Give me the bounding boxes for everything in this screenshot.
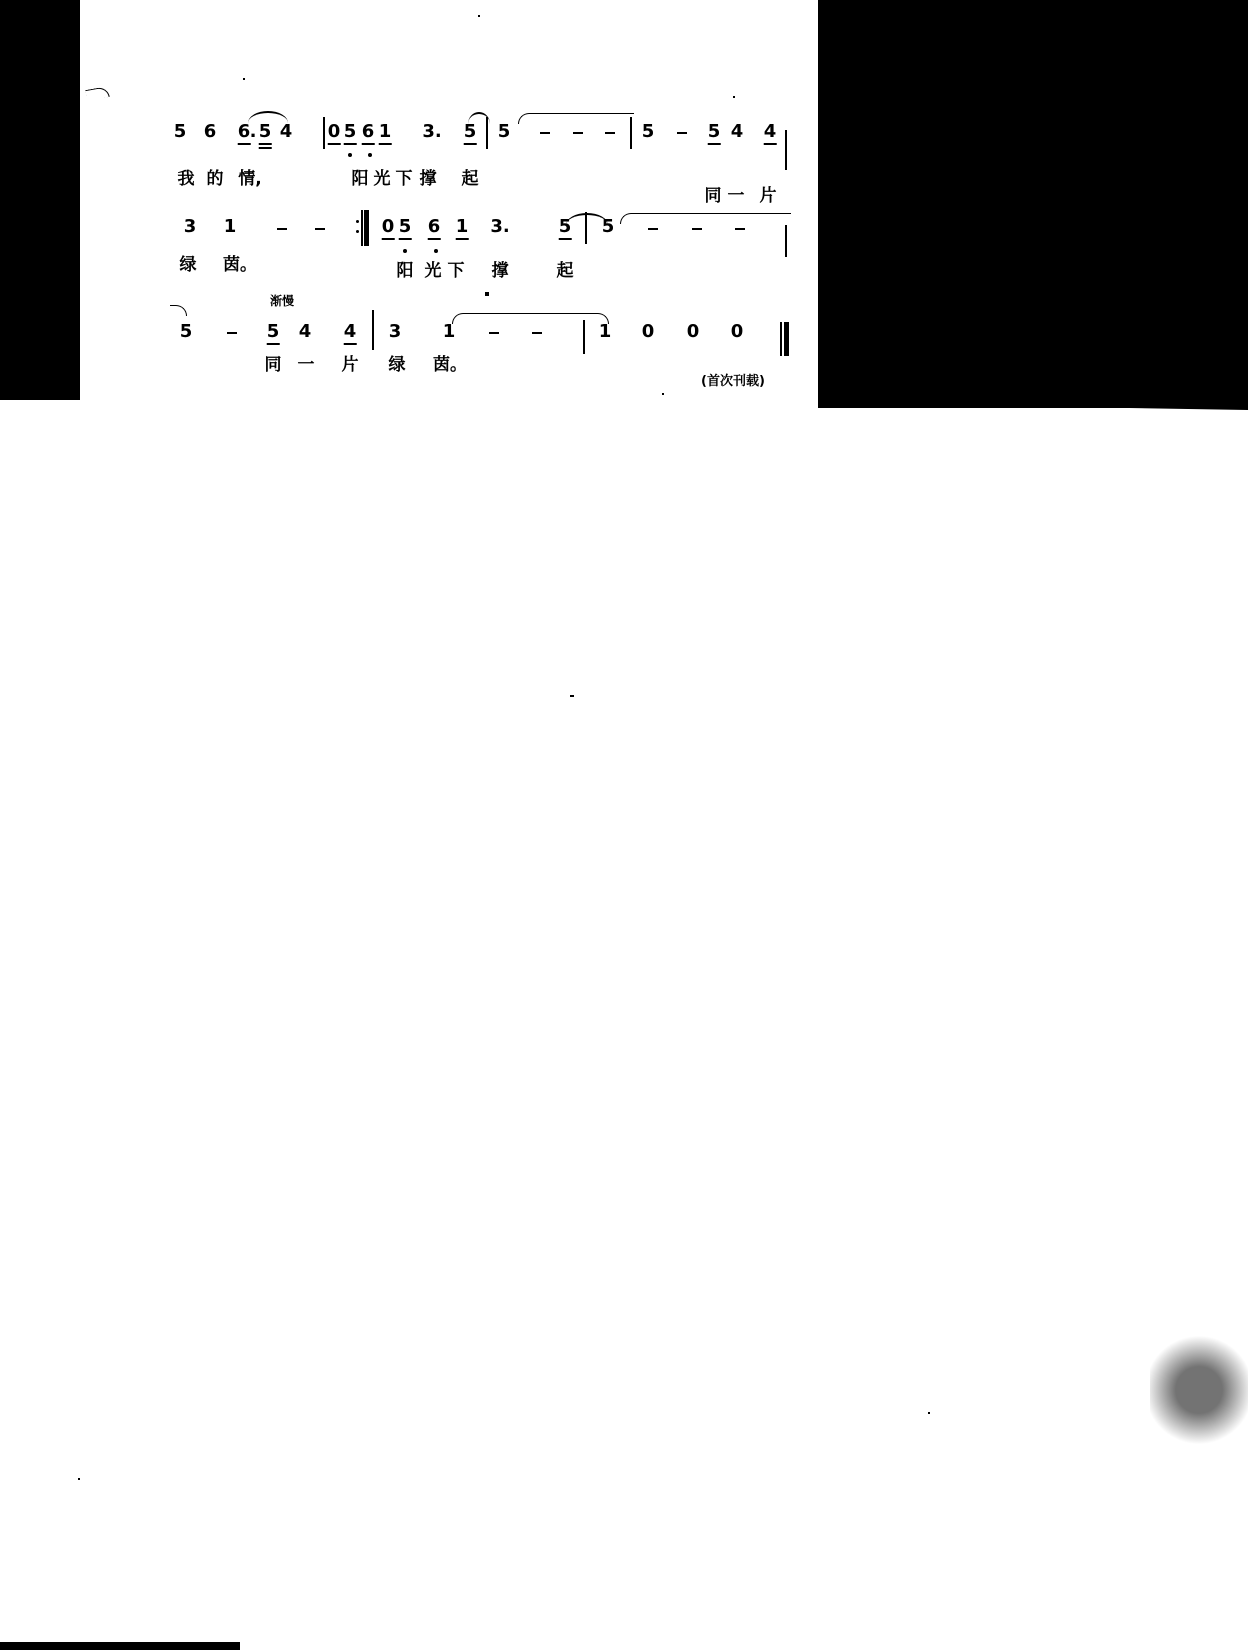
note: 0 [687, 323, 700, 341]
low-octave-dot [368, 153, 372, 157]
barline [785, 225, 787, 257]
lyric: 绿 [389, 357, 406, 374]
note: 6 [238, 123, 251, 141]
note: 0 [382, 218, 395, 236]
barline [361, 210, 363, 246]
music-score: 5 6 6 . 5 4 0 5 6 1 3. 5 5 5 5 4 4 我 的 情… [0, 0, 818, 410]
note: 5 [642, 123, 655, 141]
repeat-end-barline [364, 210, 369, 246]
lyric: 片 [760, 188, 777, 205]
note: 3. [490, 218, 509, 236]
final-barline-thin [780, 322, 782, 356]
note: 5 [180, 323, 193, 341]
extension-dash [692, 228, 702, 230]
note: 5 [344, 123, 357, 141]
tie [518, 113, 634, 124]
note: 4 [731, 123, 744, 141]
note: 0 [731, 323, 744, 341]
note: 5 [399, 218, 412, 236]
scan-speck [733, 96, 735, 98]
note: 5 [708, 123, 721, 141]
lyric: 撑 [420, 171, 437, 188]
lyric: 下 [448, 263, 465, 280]
note: 1 [599, 323, 612, 341]
extension-dash [605, 132, 615, 134]
lyric: 茵。 [433, 357, 467, 374]
scan-speck [485, 292, 489, 296]
extension-dash [532, 332, 542, 334]
lyric: 情, [238, 171, 261, 188]
lyric: 起 [557, 263, 574, 280]
extension-dash [489, 332, 499, 334]
lyric: 我 [178, 171, 195, 188]
lyric: 撑 [492, 263, 509, 280]
low-octave-dot [403, 249, 407, 253]
lyric: 光 [425, 263, 442, 280]
repeat-dots [356, 216, 359, 236]
extension-dash [573, 132, 583, 134]
tie [452, 313, 609, 324]
note: 5 [602, 218, 615, 236]
scan-border-bottom-2 [100, 1645, 240, 1650]
note: 6 [428, 218, 441, 236]
scan-artifact [85, 86, 110, 101]
lyric: 下 [396, 171, 413, 188]
lyric: 同 [265, 357, 282, 374]
scan-noise [1150, 1330, 1248, 1450]
lyric: 起 [462, 171, 479, 188]
low-octave-dot [434, 249, 438, 253]
note: 5 [267, 323, 280, 341]
note: 1 [379, 123, 392, 141]
extension-dash [227, 332, 237, 334]
barline [323, 117, 325, 149]
note: 1 [456, 218, 469, 236]
note: 5 [498, 123, 511, 141]
note: 4 [280, 123, 293, 141]
extension-dash [277, 228, 287, 230]
scan-speck [478, 15, 480, 17]
tempo-marking: 渐慢 [270, 292, 294, 309]
note: 4 [299, 323, 312, 341]
note: 3. [422, 123, 441, 141]
scan-speck [662, 393, 664, 395]
tie-continuation [170, 305, 187, 316]
lyric: 阳 [397, 263, 414, 280]
note: 0 [642, 323, 655, 341]
lyric: 同 [705, 188, 722, 205]
note-dot: . [250, 123, 257, 141]
scan-speck [570, 695, 574, 697]
tie [620, 213, 791, 224]
barline [486, 117, 488, 149]
note: 4 [764, 123, 777, 141]
note: 6 [362, 123, 375, 141]
lyric: 一 [298, 357, 315, 374]
lyric: 阳 [352, 171, 369, 188]
note: 3 [184, 218, 197, 236]
barline [785, 130, 787, 170]
lyric: 一 [728, 188, 745, 205]
lyric: 片 [342, 357, 359, 374]
slur [248, 111, 288, 123]
final-barline-thick [784, 322, 789, 356]
note: 5 [174, 123, 187, 141]
note: 3 [389, 323, 402, 341]
note: 6 [204, 123, 217, 141]
scan-border-right [818, 0, 1248, 408]
lyric: 茵。 [223, 257, 257, 274]
note: 4 [344, 323, 357, 341]
extension-dash [315, 228, 325, 230]
lyric: 光 [374, 171, 391, 188]
note: 5 [259, 123, 272, 141]
scan-speck [928, 1412, 930, 1414]
extension-dash [677, 132, 687, 134]
lyric: 的 [207, 171, 224, 188]
note: 0 [328, 123, 341, 141]
first-publication-note: (首次刊载) [701, 370, 765, 389]
scan-speck [78, 1478, 80, 1480]
extension-dash [735, 228, 745, 230]
scan-speck [243, 78, 245, 80]
barline [583, 320, 585, 354]
extension-dash [540, 132, 550, 134]
note: 1 [224, 218, 237, 236]
barline [585, 212, 587, 244]
note: 1 [443, 323, 456, 341]
low-octave-dot [348, 153, 352, 157]
note: 5 [464, 123, 477, 141]
barline [630, 117, 632, 149]
extension-dash [648, 228, 658, 230]
lyric: 绿 [180, 257, 197, 274]
barline [372, 310, 374, 350]
